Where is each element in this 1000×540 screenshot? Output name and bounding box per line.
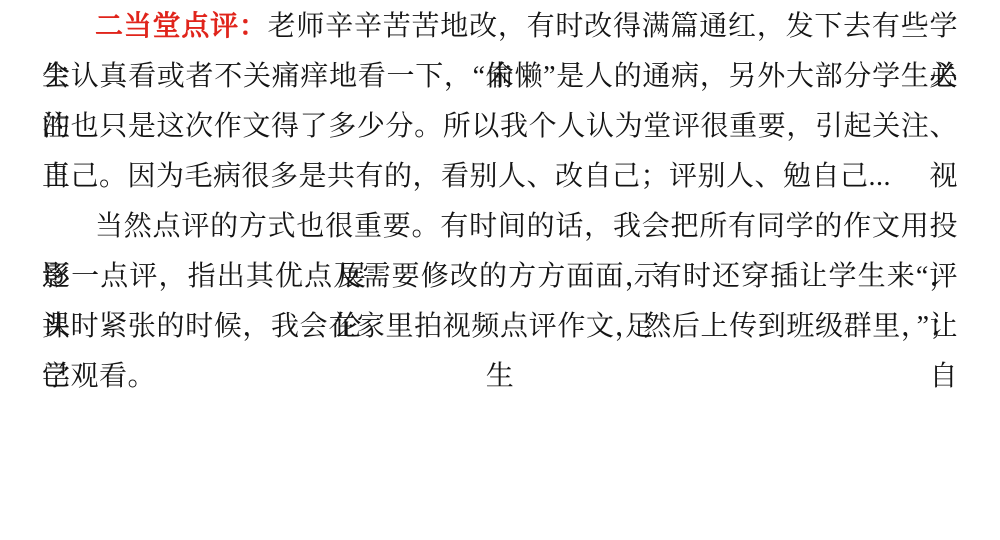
paragraph1-line4: 自己。因为毛病很多是共有的，看别人、改自己；评别人、勉自己...: [42, 152, 958, 202]
run-in-heading: 二当堂点评：: [95, 11, 268, 42]
paragraph2-line2: 逐一点评，指出其优点及需要修改的方方面面，有时还穿插让学生来“评头论足”；: [42, 252, 958, 302]
paragraph1-line3: 的也只是这次作文得了多少分。所以我个人认为堂评很重要，引起关注、正视: [42, 102, 958, 152]
paragraph1-line2: 会认真看或者不关痛痒地看一下，“偷懒”是人的通病，另外大部分学生关注: [42, 52, 958, 102]
paragraph2-line1: 当然点评的方式也很重要。有时间的话，我会把所有同学的作文用投影展示，: [42, 202, 958, 252]
paragraph1-line1: 二当堂点评：老师辛辛苦苦地改，有时改得满篇通红，发下去有些学生未必: [42, 2, 958, 52]
text-block: 二当堂点评：老师辛辛苦苦地改，有时改得满篇通红，发下去有些学生未必 会认真看或者…: [42, 2, 958, 402]
document-page: 二当堂点评：老师辛辛苦苦地改，有时改得满篇通红，发下去有些学生未必 会认真看或者…: [0, 0, 1000, 540]
paragraph2-line3: 课时紧张的时候，我会在家里拍视频点评作文，然后上传到班级群里，让学生自: [42, 302, 958, 352]
